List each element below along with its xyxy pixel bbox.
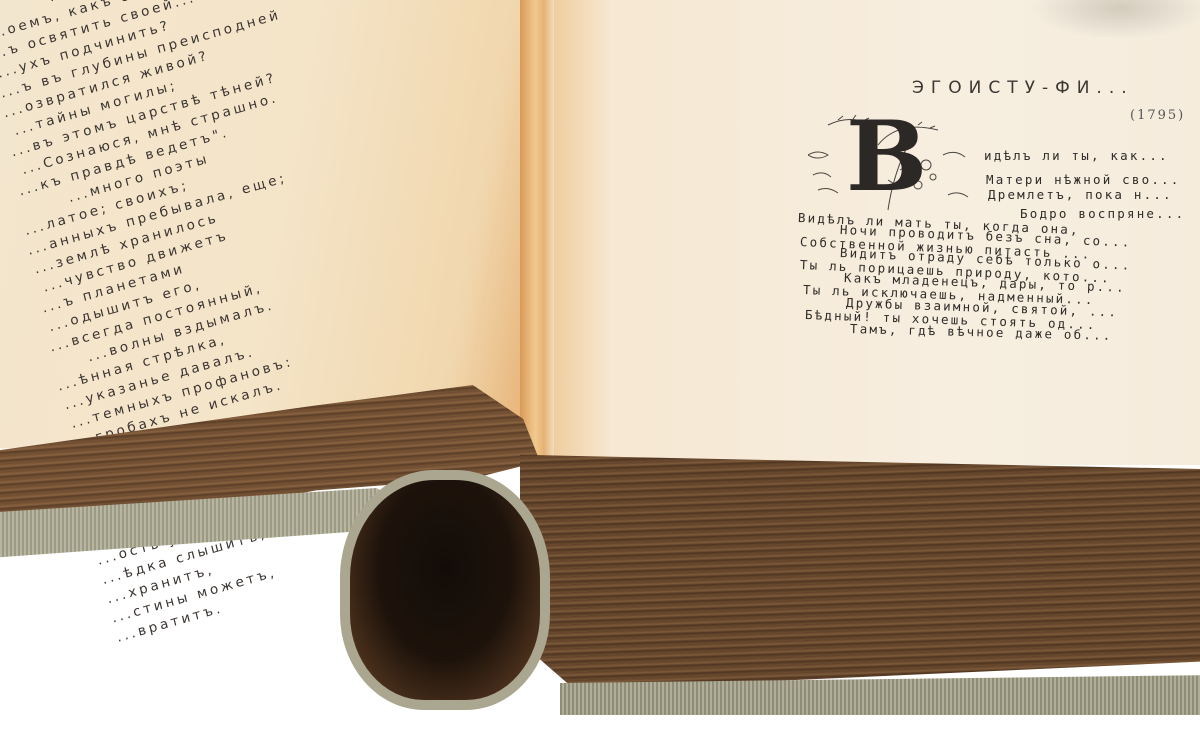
poem-line: Бодро воспряне... [1020, 206, 1185, 221]
left-page: ...ся зн... ...вѣрять я природ... ...ъ з… [0, 0, 540, 450]
poem-line: идѣлъ ли ты, как... [984, 148, 1169, 163]
drop-cap: В [808, 115, 973, 215]
right-page-block-edges [520, 450, 1200, 690]
poem-line: Дремлетъ, пока н... [988, 187, 1173, 202]
book-spine-hollow [340, 470, 550, 710]
page-gutter [520, 0, 554, 470]
poem-year: (1795) [1130, 108, 1185, 123]
poem-line: Матери нѣжной сво... [986, 172, 1181, 187]
drop-cap-letter: В [846, 109, 927, 205]
ornament-icon [1030, 0, 1200, 40]
poem-title: ЭГОИСТУ-ФИ... [912, 78, 1134, 98]
book-photo-scene: ...ся зн... ...вѣрять я природ... ...ъ з… [0, 0, 1200, 729]
